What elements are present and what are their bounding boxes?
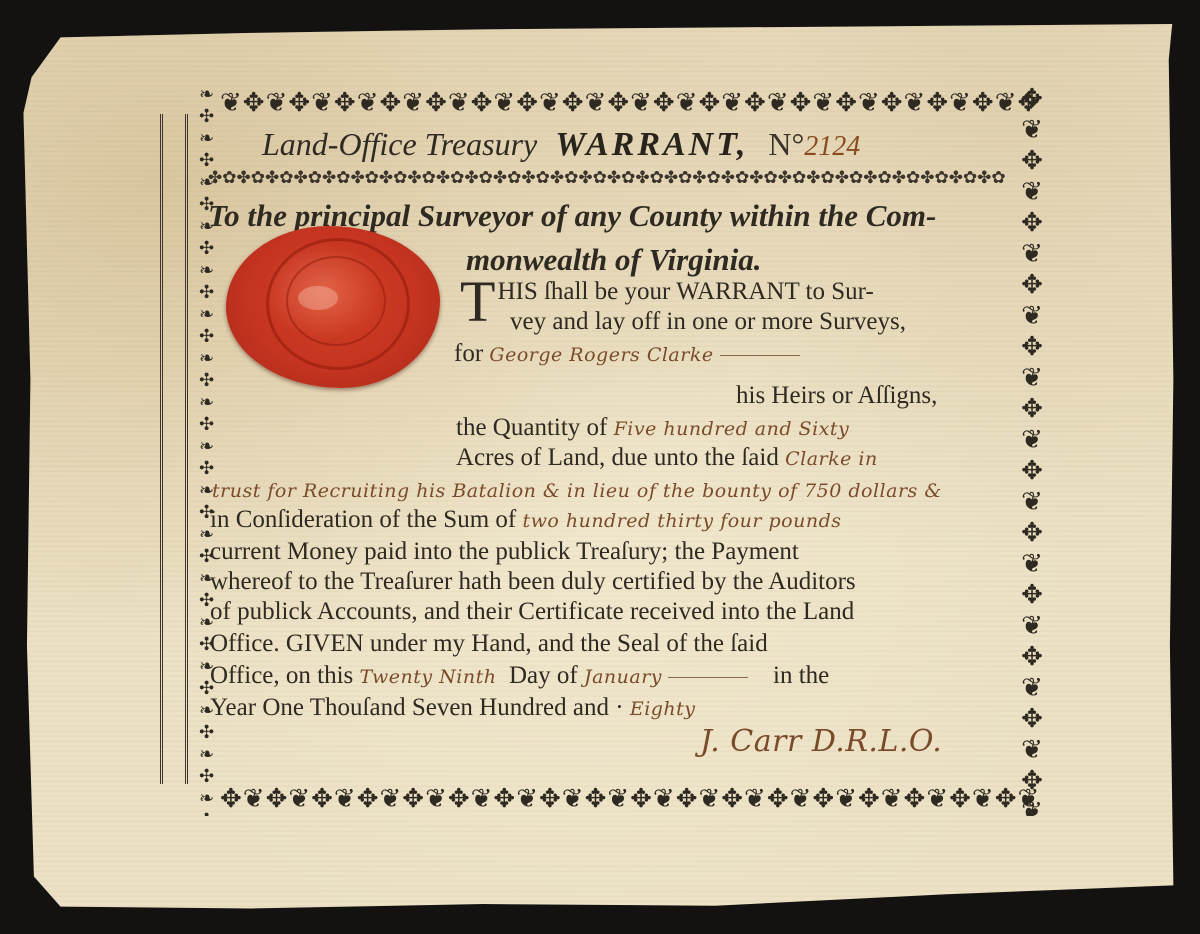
wax-seal xyxy=(226,226,440,388)
border-left-rail xyxy=(160,114,188,784)
body-line-11: of publick Accounts, and their Certifica… xyxy=(210,596,854,627)
border-bottom-ornaments: ✥❦✥❦✥❦✥❦✥❦✥❦✥❦✥❦✥❦✥❦✥❦✥❦✥❦✥❦✥❦✥❦✥❦✥❦✥ xyxy=(220,784,1040,816)
body-line-2: vey and lay off in one or more Surveys, xyxy=(510,306,906,337)
sum-amount: two hundred thirty four pounds xyxy=(522,510,841,532)
body-line-4: his Heirs or Aſſigns, xyxy=(736,380,937,411)
title-divider-ornaments: ✤✿✤✿✤✿✤✿✤✿✤✿✤✿✤✿✤✿✤✿✤✿✤✿✤✿✤✿✤✿✤✿✤✿✤✿✤✿✤✿… xyxy=(208,166,1016,190)
title-warrant: WARRANT, xyxy=(555,126,748,163)
body-line-7: trust for Recruiting his Batalion & in l… xyxy=(212,474,942,507)
grantee-name: George Rogers Clarke xyxy=(489,344,713,366)
document-title: Land-Office Treasury WARRANT, N°2124 xyxy=(262,120,1022,168)
body-line-14: Year One Thouſand Seven Hundred and · Ei… xyxy=(210,692,696,725)
title-prefix: Land-Office Treasury xyxy=(262,126,537,162)
body-line-10: whereof to the Treaſurer hath been duly … xyxy=(210,566,856,597)
signature: J. Carr D.R.L.O. xyxy=(700,724,942,759)
number-label: N° xyxy=(768,126,804,162)
body-line-3: for George Rogers Clarke xyxy=(454,338,800,371)
day-value: Twenty Ninth xyxy=(360,666,497,688)
seal-highlight xyxy=(298,286,338,310)
body-line-6: Acres of Land, due unto the ſaid Clarke … xyxy=(456,442,878,475)
body-line-5: the Quantity of Five hundred and Sixty xyxy=(456,412,849,445)
warrant-number: 2124 xyxy=(804,131,860,162)
body-line-13: Office, on this Twenty Ninth Day of Janu… xyxy=(210,660,829,693)
body-line-9: current Money paid into the publick Trea… xyxy=(210,536,799,567)
border-right-ornaments: ✥❦✥❦✥❦✥❦✥❦✥❦✥❦✥❦✥❦✥❦✥❦✥❦ xyxy=(1014,84,1048,816)
consideration-note: trust for Recruiting his Batalion & in l… xyxy=(212,480,942,502)
body-line-12: Office. GIVEN under my Hand, and the Sea… xyxy=(210,628,768,659)
grantee-surname: Clarke in xyxy=(785,448,878,470)
dropcap: T xyxy=(460,276,495,328)
month-value: January xyxy=(584,666,662,688)
body-line-8: in Conſideration of the Sum of two hundr… xyxy=(210,504,842,537)
border-top-ornaments: ❦✥❦✥❦✥❦✥❦✥❦✥❦✥❦✥❦✥❦✥❦✥❦✥❦✥❦✥❦✥❦✥❦✥❦✥❦✥ xyxy=(220,88,1040,118)
acreage: Five hundred and Sixty xyxy=(614,418,850,440)
year-value: Eighty xyxy=(630,698,696,720)
